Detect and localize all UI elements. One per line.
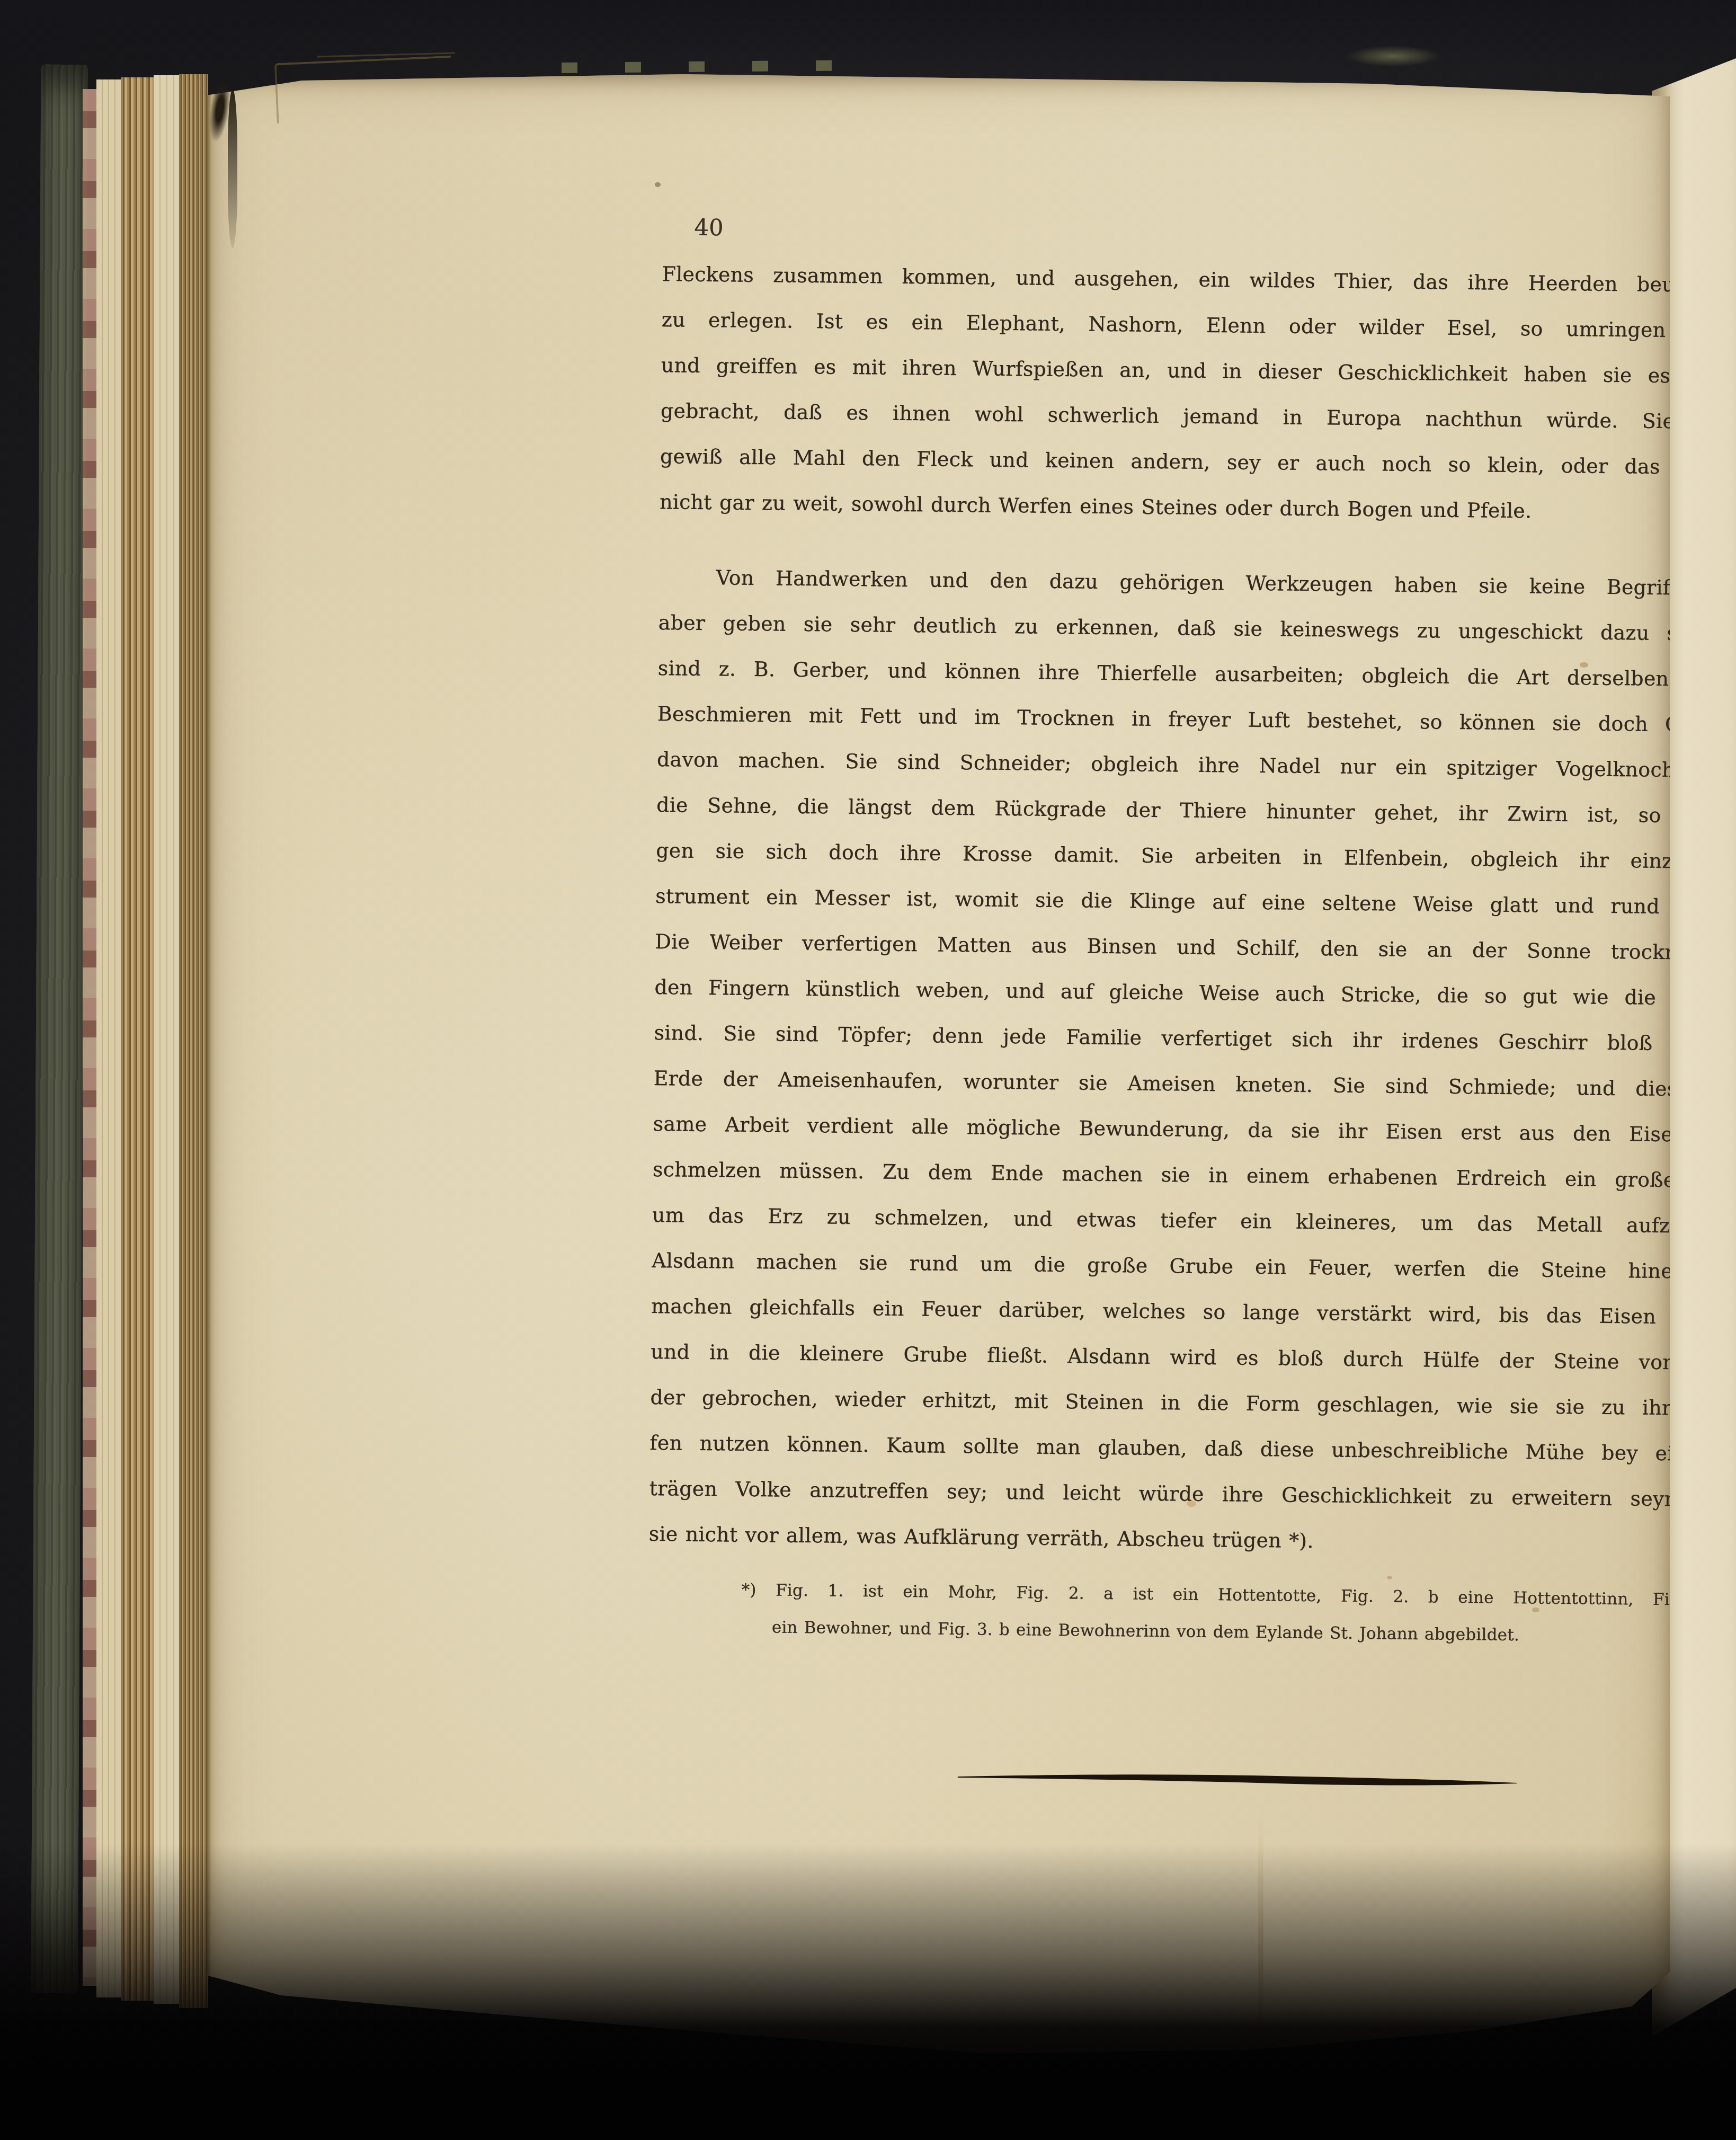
book-page: 40 Fleckens zusammen kommen, und ausgehe…	[207, 70, 1670, 2067]
scanned-book-photo: 40 Fleckens zusammen kommen, und ausgehe…	[0, 0, 1736, 2140]
footnote: *) Fig. 1. ist ein Mohr, Fig. 2. a ist e…	[741, 1571, 1736, 1656]
end-rule-ornament	[957, 1766, 1518, 1789]
ink-smudge	[228, 89, 237, 248]
page-number: 40	[694, 215, 724, 242]
body-paragraph: Von Handwerken und den dazu gehörigen We…	[648, 554, 1736, 1568]
backdrop-top-band	[0, 0, 1736, 69]
foxing-spot	[655, 182, 661, 187]
body-paragraph: Fleckens zusammen kommen, und ausgehen, …	[660, 251, 1736, 536]
page-text: 40 Fleckens zusammen kommen, und ausgehe…	[646, 251, 1736, 1792]
marbled-endpaper-edge	[83, 89, 96, 1986]
page-edge-stack-layer	[96, 79, 121, 1997]
binding-fibers	[1346, 46, 1441, 67]
tapered-ink-rule-icon	[957, 1768, 1518, 1791]
page-edge-stack-layer	[154, 75, 179, 2004]
page-edge-stack-layer	[121, 77, 154, 2001]
under-sheet-corner	[317, 52, 456, 100]
page-edge-stack-layer	[179, 74, 208, 2008]
